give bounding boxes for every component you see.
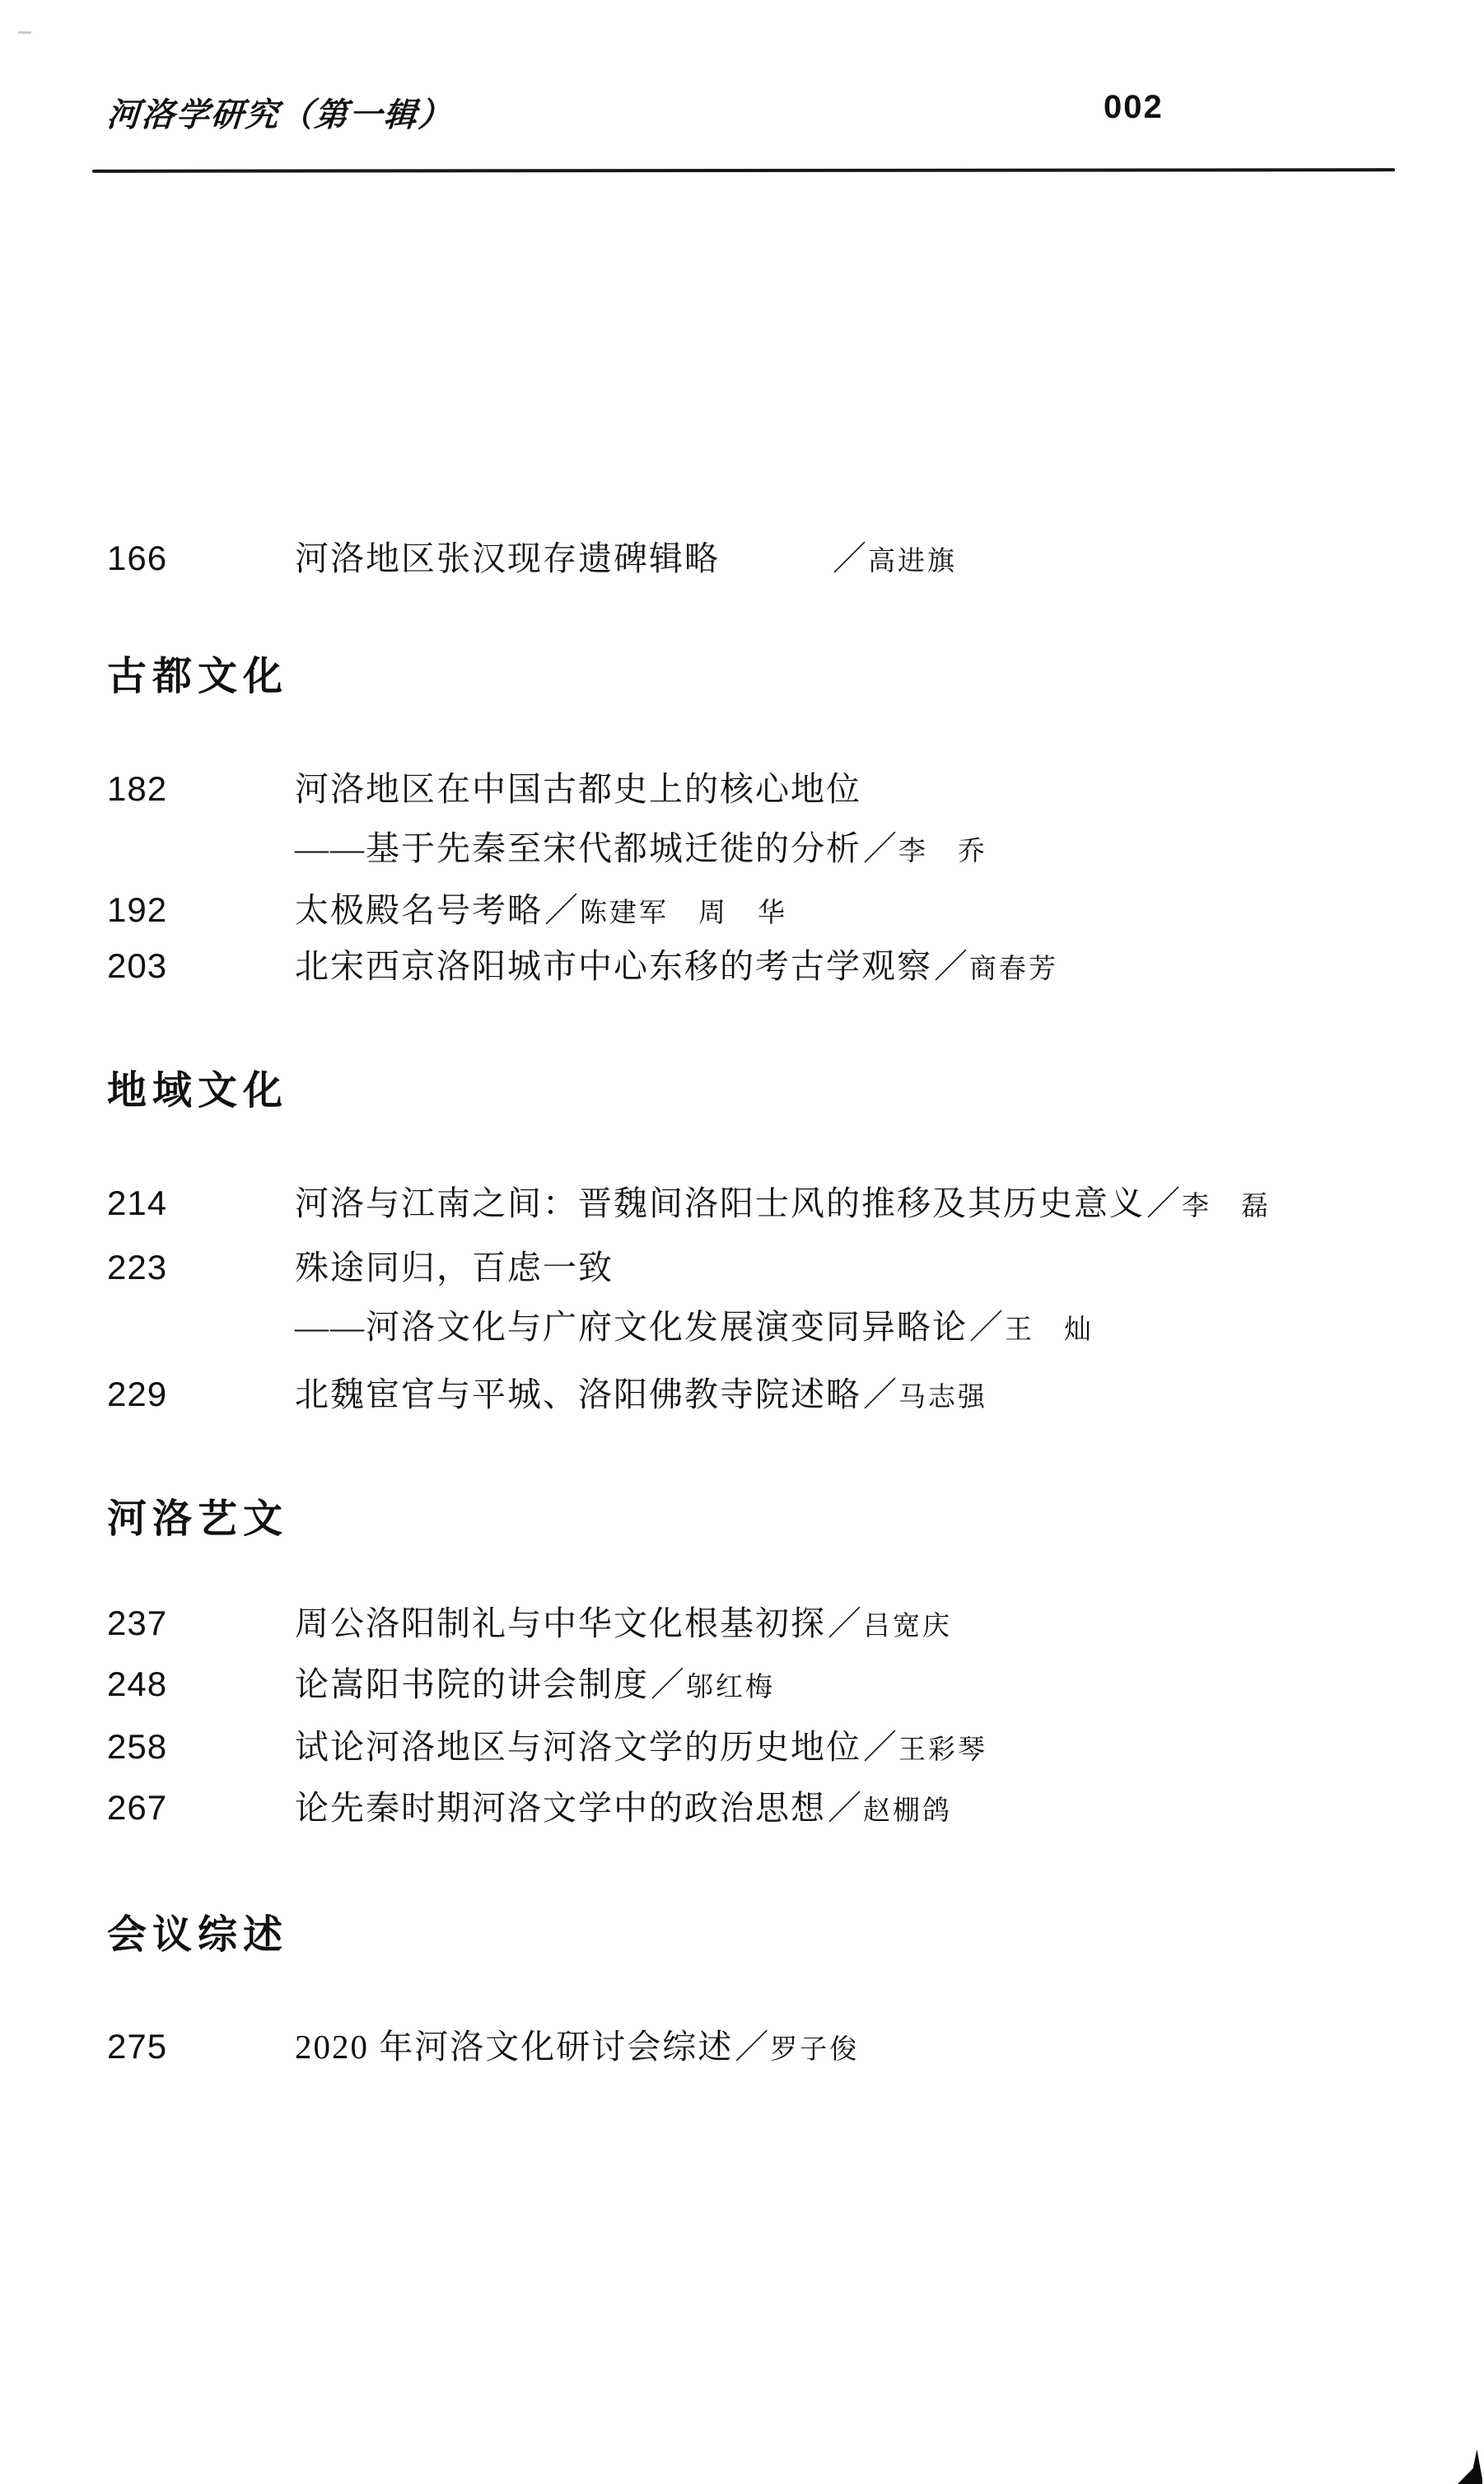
toc-entry-row: 182 河洛地区在中国古都史上的核心地位 bbox=[107, 762, 1410, 810]
entry-page-number: 182 bbox=[107, 769, 295, 809]
entry-author: 王彩琴 bbox=[898, 1728, 987, 1767]
entry-author: 商春芳 bbox=[969, 947, 1058, 986]
entry-author: 罗子俊 bbox=[770, 2028, 859, 2066]
toc-entry-row: 237 周公洛阳制礼与中华文化根基初探 ／ 吕宽庆 bbox=[107, 1596, 1410, 1645]
toc-entry-subtitle-row: ——基于先秦至宋代都城迁徙的分析 ／ 李 乔 bbox=[107, 821, 1410, 870]
section-heading: 古都文化 bbox=[107, 644, 288, 701]
entry-author: 马志强 bbox=[898, 1375, 987, 1414]
toc-entry-row: 203 北宋西京洛阳城市中心东移的考古学观察 ／ 商春芳 bbox=[107, 939, 1410, 988]
entry-author: 王 灿 bbox=[1005, 1308, 1094, 1347]
author-slash: ／ bbox=[861, 821, 898, 870]
scanned-toc-page: 河洛学研究（第一辑） 002 166 河洛地区张汉现存遗碑辑略 ／ 高进旗 古都… bbox=[0, 0, 1484, 2484]
running-header: 河洛学研究（第一辑） 002 bbox=[107, 89, 1377, 132]
section-heading: 河洛艺文 bbox=[107, 1487, 288, 1543]
entry-title: 北宋西京洛阳城市中心东移的考古学观察 bbox=[295, 939, 932, 988]
entry-page-number: 166 bbox=[107, 539, 295, 578]
author-slash: ／ bbox=[831, 531, 868, 580]
entry-page-number: 214 bbox=[107, 1184, 295, 1223]
entry-author: 赵棚鸽 bbox=[863, 1789, 952, 1828]
toc-entry-row: 192 太极殿名号考略 ／ 陈建军 周 华 bbox=[107, 883, 1410, 931]
entry-page-number: 223 bbox=[107, 1248, 295, 1287]
entry-page-number: 192 bbox=[107, 890, 295, 930]
entry-title: 周公洛阳制礼与中华文化根基初探 bbox=[295, 1596, 826, 1645]
entry-subtitle: ——基于先秦至宋代都城迁徙的分析 bbox=[295, 821, 861, 870]
author-slash: ／ bbox=[932, 939, 969, 988]
entry-author: 陈建军 周 华 bbox=[580, 891, 787, 930]
entry-page-number: 267 bbox=[107, 1788, 295, 1828]
book-title: 河洛学研究（第一辑） bbox=[105, 89, 455, 136]
entry-author: 高进旗 bbox=[868, 539, 957, 578]
page-number: 002 bbox=[1104, 89, 1164, 126]
entry-title: 河洛与江南之间：晋魏间洛阳士风的推移及其历史意义 bbox=[295, 1176, 1145, 1225]
author-slash: ／ bbox=[826, 1781, 863, 1829]
entry-title: 河洛地区在中国古都史上的核心地位 bbox=[295, 762, 861, 810]
entry-author: 李 乔 bbox=[898, 829, 987, 868]
entry-page-number: 258 bbox=[107, 1727, 295, 1767]
entry-author: 李 磊 bbox=[1182, 1184, 1271, 1223]
author-slash: ／ bbox=[1145, 1176, 1182, 1225]
entry-page-number: 275 bbox=[107, 2027, 295, 2066]
toc-entry-row: 166 河洛地区张汉现存遗碑辑略 ／ 高进旗 bbox=[107, 531, 1410, 580]
toc-entry-row: 267 论先秦时期河洛文学中的政治思想 ／ 赵棚鸽 bbox=[107, 1781, 1410, 1829]
entry-subtitle: ——河洛文化与广府文化发展演变同异略论 bbox=[295, 1300, 968, 1348]
toc-entry-row: 214 河洛与江南之间：晋魏间洛阳士风的推移及其历史意义 ／ 李 磊 bbox=[107, 1176, 1410, 1225]
entry-title: 论嵩阳书院的讲会制度 bbox=[295, 1657, 649, 1706]
entry-page-number: 248 bbox=[107, 1665, 295, 1704]
section-heading: 会议综述 bbox=[107, 1903, 288, 1959]
entry-title: 太极殿名号考略 bbox=[295, 883, 543, 931]
entry-page-number: 237 bbox=[107, 1604, 295, 1643]
entry-title: 北魏宦官与平城、洛阳佛教寺院述略 bbox=[295, 1367, 861, 1416]
toc-entry-row: 229 北魏宦官与平城、洛阳佛教寺院述略 ／ 马志强 bbox=[107, 1367, 1410, 1416]
entry-title: 殊途同归，百虑一致 bbox=[295, 1240, 614, 1289]
entry-page-number: 229 bbox=[107, 1375, 295, 1414]
section-heading: 地域文化 bbox=[107, 1058, 288, 1115]
entry-title: 2020 年河洛文化研讨会综述 bbox=[295, 2019, 733, 2068]
toc-entry-row: 258 试论河洛地区与河洛文学的历史地位 ／ 王彩琴 bbox=[107, 1720, 1410, 1768]
scan-corner-artifact bbox=[1458, 2449, 1482, 2484]
entry-title: 论先秦时期河洛文学中的政治思想 bbox=[295, 1781, 826, 1829]
toc-entry-row: 275 2020 年河洛文化研讨会综述 ／ 罗子俊 bbox=[107, 2019, 1410, 2068]
entry-author: 邬红梅 bbox=[686, 1665, 775, 1704]
author-slash: ／ bbox=[861, 1367, 898, 1416]
author-slash: ／ bbox=[649, 1657, 686, 1706]
author-slash: ／ bbox=[968, 1300, 1005, 1348]
author-slash: ／ bbox=[543, 883, 580, 931]
entry-title: 河洛地区张汉现存遗碑辑略 bbox=[295, 531, 720, 580]
entry-title: 试论河洛地区与河洛文学的历史地位 bbox=[295, 1720, 861, 1768]
toc-entry-row: 223 殊途同归，百虑一致 bbox=[107, 1240, 1410, 1289]
header-rule bbox=[92, 168, 1395, 173]
toc-entry-subtitle-row: ——河洛文化与广府文化发展演变同异略论 ／ 王 灿 bbox=[107, 1300, 1410, 1348]
toc-entry-row: 248 论嵩阳书院的讲会制度 ／ 邬红梅 bbox=[107, 1657, 1410, 1706]
entry-page-number: 203 bbox=[107, 946, 295, 986]
author-slash: ／ bbox=[733, 2019, 770, 2068]
entry-author: 吕宽庆 bbox=[863, 1604, 952, 1643]
scan-speck bbox=[18, 31, 31, 34]
author-slash: ／ bbox=[861, 1720, 898, 1768]
author-slash: ／ bbox=[826, 1596, 863, 1645]
